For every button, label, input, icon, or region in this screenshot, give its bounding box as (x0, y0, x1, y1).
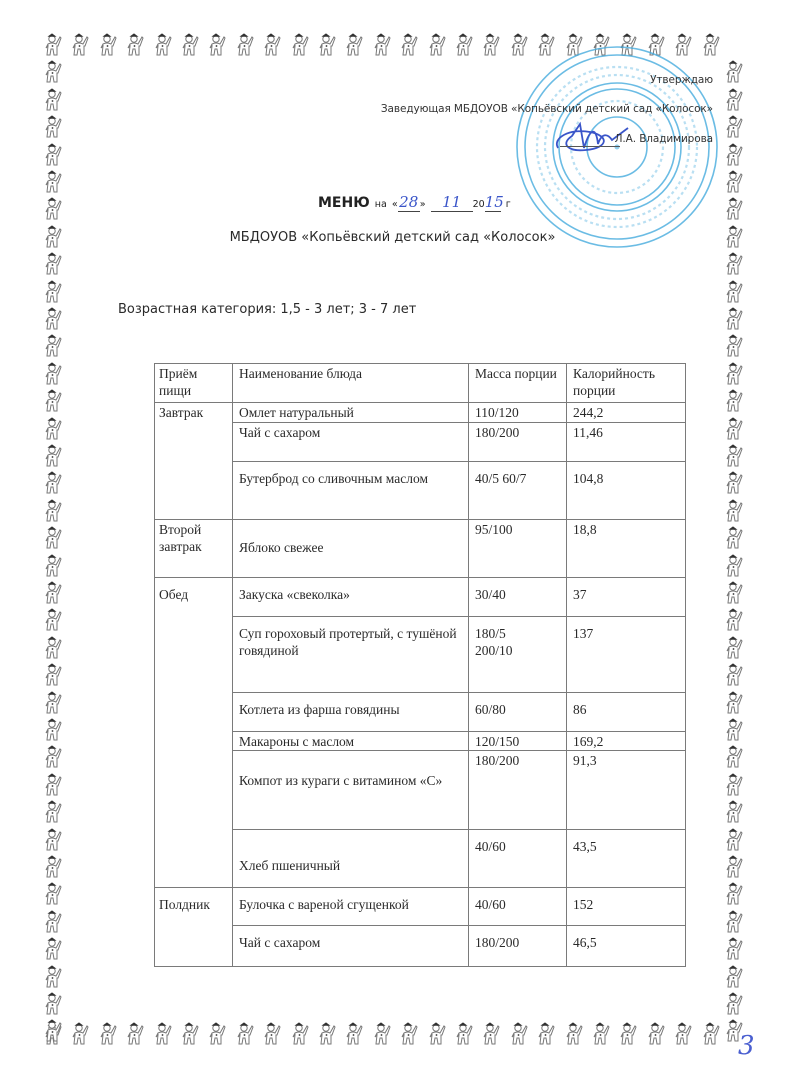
date-day-field: 28 (398, 192, 420, 212)
child-figure-icon (125, 33, 147, 57)
calories-cell: 104,8 (567, 462, 686, 520)
child-figure-icon (701, 1022, 723, 1046)
mass-cell: 180/200 (469, 751, 567, 830)
table-row: ОбедЗакуска «свеколка»30/4037 (155, 578, 686, 617)
mass-cell: 110/120 (469, 403, 567, 423)
child-figure-icon (43, 745, 65, 769)
header-mass: Масса порции (469, 364, 567, 403)
child-figure-icon (724, 499, 746, 523)
dish-cell: Бутерброд со сливочным маслом (233, 462, 469, 520)
child-figure-icon (98, 33, 120, 57)
child-figure-icon (290, 1022, 312, 1046)
header-dish: Наименование блюда (233, 364, 469, 403)
child-figure-icon (43, 855, 65, 879)
child-figure-icon (317, 33, 339, 57)
child-figure-icon (43, 526, 65, 550)
child-figure-icon (43, 170, 65, 194)
mass-cell: 180/5 200/10 (469, 617, 567, 693)
dish-cell: Суп гороховый протертый, с тушёной говяд… (233, 617, 469, 693)
child-figure-icon (43, 33, 65, 57)
dish-cell: Омлет натуральный (233, 403, 469, 423)
calories-cell: 152 (567, 888, 686, 926)
dish-cell: Яблоко свежее (233, 520, 469, 578)
child-figure-icon (153, 33, 175, 57)
child-figure-icon (724, 417, 746, 441)
child-figure-icon (618, 1022, 640, 1046)
child-figure-icon (43, 334, 65, 358)
child-figure-icon (43, 1019, 65, 1043)
menu-table-body: ЗавтракОмлет натуральный110/120244,2Чай … (155, 403, 686, 967)
header-meal: Приём пищи (155, 364, 233, 403)
child-figure-icon (427, 1022, 449, 1046)
mass-cell: 95/100 (469, 520, 567, 578)
child-figure-icon (43, 389, 65, 413)
child-figure-icon (43, 252, 65, 276)
child-figure-icon (372, 33, 394, 57)
child-figure-icon (43, 60, 65, 84)
child-figure-icon (43, 636, 65, 660)
child-figure-icon (724, 992, 746, 1016)
child-figure-icon (646, 1022, 668, 1046)
menu-table: Приём пищи Наименование блюда Масса порц… (154, 363, 686, 967)
child-figure-icon (180, 33, 202, 57)
child-figure-icon (724, 773, 746, 797)
mass-cell: 60/80 (469, 693, 567, 732)
child-figure-icon (43, 554, 65, 578)
child-figure-icon (724, 526, 746, 550)
child-figure-icon (43, 444, 65, 468)
child-figure-icon (724, 718, 746, 742)
child-figure-icon (724, 444, 746, 468)
child-figure-icon (724, 60, 746, 84)
child-figure-icon (262, 33, 284, 57)
age-category: Возрастная категория: 1,5 - 3 лет; 3 - 7… (118, 302, 416, 317)
calories-cell: 137 (567, 617, 686, 693)
child-figure-icon (724, 937, 746, 961)
calories-cell: 169,2 (567, 732, 686, 751)
child-figure-icon (724, 143, 746, 167)
table-row: Компот из кураги с витамином «С»180/2009… (155, 751, 686, 830)
child-figure-icon (43, 581, 65, 605)
calories-cell: 43,5 (567, 830, 686, 888)
table-row: Котлета из фарша говядины60/8086 (155, 693, 686, 732)
approval-name: Л.А. Владимирова (615, 133, 713, 145)
child-figure-icon (43, 663, 65, 687)
dish-cell: Закуска «свеколка» (233, 578, 469, 617)
child-figure-icon (724, 855, 746, 879)
child-figure-icon (43, 143, 65, 167)
child-figure-icon (43, 362, 65, 386)
child-figure-icon (724, 334, 746, 358)
child-figure-icon (372, 1022, 394, 1046)
menu-on-label: на (375, 199, 387, 210)
calories-cell: 11,46 (567, 423, 686, 462)
organization-name: МБДОУОВ «Копьёвский детский сад «Колосок… (0, 230, 785, 245)
child-figure-icon (399, 33, 421, 57)
child-figure-icon (317, 1022, 339, 1046)
child-figure-icon (207, 33, 229, 57)
child-figure-icon (454, 33, 476, 57)
child-figure-icon (724, 882, 746, 906)
child-figure-icon (43, 280, 65, 304)
child-figure-icon (724, 88, 746, 112)
header-calories: Калорийность порции (567, 364, 686, 403)
table-row: Хлеб пшеничный40/6043,5 (155, 830, 686, 888)
child-figure-icon (344, 1022, 366, 1046)
dish-cell: Чай с сахаром (233, 926, 469, 967)
dish-cell: Компот из кураги с витамином «С» (233, 751, 469, 830)
child-figure-icon (724, 471, 746, 495)
calories-cell: 244,2 (567, 403, 686, 423)
mass-cell: 40/60 (469, 830, 567, 888)
child-figure-icon (43, 417, 65, 441)
approval-title: Утверждаю (650, 74, 713, 86)
table-row: Чай с сахаром180/20046,5 (155, 926, 686, 967)
child-figure-icon (724, 581, 746, 605)
close-quote: » (420, 199, 426, 210)
dish-cell: Чай с сахаром (233, 423, 469, 462)
child-figure-icon (43, 115, 65, 139)
table-row: ЗавтракОмлет натуральный110/120244,2 (155, 403, 686, 423)
date-year-prefix: 20 (473, 199, 485, 210)
child-figure-icon (724, 554, 746, 578)
child-figure-icon (481, 1022, 503, 1046)
table-row: ПолдникБулочка с вареной сгущенкой40/601… (155, 888, 686, 926)
mass-cell: 120/150 (469, 732, 567, 751)
child-figure-icon (43, 828, 65, 852)
child-figure-icon (724, 170, 746, 194)
child-figure-icon (43, 965, 65, 989)
calories-cell: 86 (567, 693, 686, 732)
child-figure-icon (43, 718, 65, 742)
child-figure-icon (43, 992, 65, 1016)
child-figure-icon (564, 1022, 586, 1046)
child-figure-icon (724, 636, 746, 660)
child-figure-icon (153, 1022, 175, 1046)
mass-cell: 30/40 (469, 578, 567, 617)
child-figure-icon (724, 663, 746, 687)
child-figure-icon (43, 800, 65, 824)
child-figure-icon (724, 965, 746, 989)
mass-cell: 180/200 (469, 423, 567, 462)
date-month-field: 11 (431, 192, 473, 212)
child-figure-icon (509, 1022, 531, 1046)
child-figure-icon (207, 1022, 229, 1046)
dish-cell: Хлеб пшеничный (233, 830, 469, 888)
child-figure-icon (454, 1022, 476, 1046)
child-figure-icon (43, 197, 65, 221)
calories-cell: 18,8 (567, 520, 686, 578)
child-figure-icon (724, 197, 746, 221)
table-row: Суп гороховый протертый, с тушёной говяд… (155, 617, 686, 693)
child-figure-icon (70, 33, 92, 57)
child-figure-icon (481, 33, 503, 57)
mass-cell: 40/5 60/7 (469, 462, 567, 520)
calories-cell: 91,3 (567, 751, 686, 830)
child-figure-icon (536, 1022, 558, 1046)
child-figure-icon (43, 499, 65, 523)
child-figure-icon (724, 800, 746, 824)
meal-name-cell: Завтрак (155, 403, 233, 520)
meal-name-cell: Второй завтрак (155, 520, 233, 578)
date-year-unit: г (506, 199, 511, 210)
dish-cell: Булочка с вареной сгущенкой (233, 888, 469, 926)
mass-cell: 40/60 (469, 888, 567, 926)
child-figure-icon (724, 252, 746, 276)
child-figure-icon (43, 882, 65, 906)
date-day: 28 (399, 193, 418, 211)
child-figure-icon (399, 1022, 421, 1046)
child-figure-icon (235, 33, 257, 57)
approval-position: Заведующая МБДОУОВ «Копьёвский детский с… (381, 103, 713, 115)
child-figure-icon (70, 1022, 92, 1046)
child-figure-icon (262, 1022, 284, 1046)
child-figure-icon (43, 910, 65, 934)
child-figure-icon (724, 691, 746, 715)
child-figure-icon (43, 608, 65, 632)
date-year-field: 15 (485, 192, 501, 212)
child-figure-icon (591, 1022, 613, 1046)
table-row: Макароны с маслом120/150169,2 (155, 732, 686, 751)
menu-title: МЕНЮ (318, 195, 370, 211)
child-figure-icon (235, 1022, 257, 1046)
child-figure-icon (724, 280, 746, 304)
svg-text:3: 3 (738, 1031, 755, 1061)
child-figure-icon (43, 937, 65, 961)
child-figure-icon (724, 608, 746, 632)
date-month: 11 (442, 193, 461, 211)
child-figure-icon (724, 745, 746, 769)
meal-name-cell: Обед (155, 578, 233, 888)
menu-heading: МЕНЮ на «28» 112015 г (318, 192, 511, 212)
table-header-row: Приём пищи Наименование блюда Масса порц… (155, 364, 686, 403)
child-figure-icon (43, 307, 65, 331)
page-number: 3 (734, 1028, 758, 1062)
table-row: Бутерброд со сливочным маслом40/5 60/710… (155, 462, 686, 520)
child-figure-icon (344, 33, 366, 57)
child-figure-icon (43, 471, 65, 495)
child-figure-icon (724, 910, 746, 934)
child-figure-icon (724, 307, 746, 331)
table-row: Второй завтракЯблоко свежее95/10018,8 (155, 520, 686, 578)
child-figure-icon (98, 1022, 120, 1046)
child-figure-icon (724, 362, 746, 386)
child-figure-icon (125, 1022, 147, 1046)
child-figure-icon (724, 115, 746, 139)
child-figure-icon (724, 389, 746, 413)
date-year-suffix: 15 (485, 193, 504, 211)
child-figure-icon (673, 1022, 695, 1046)
child-figure-icon (427, 33, 449, 57)
child-figure-icon (724, 828, 746, 852)
child-figure-icon (180, 1022, 202, 1046)
child-figure-icon (43, 691, 65, 715)
meal-name-cell: Полдник (155, 888, 233, 967)
calories-cell: 46,5 (567, 926, 686, 967)
calories-cell: 37 (567, 578, 686, 617)
dish-cell: Макароны с маслом (233, 732, 469, 751)
table-row: Чай с сахаром180/20011,46 (155, 423, 686, 462)
signature-line (560, 146, 620, 147)
child-figure-icon (43, 88, 65, 112)
child-figure-icon (43, 773, 65, 797)
dish-cell: Котлета из фарша говядины (233, 693, 469, 732)
mass-cell: 180/200 (469, 926, 567, 967)
child-figure-icon (290, 33, 312, 57)
